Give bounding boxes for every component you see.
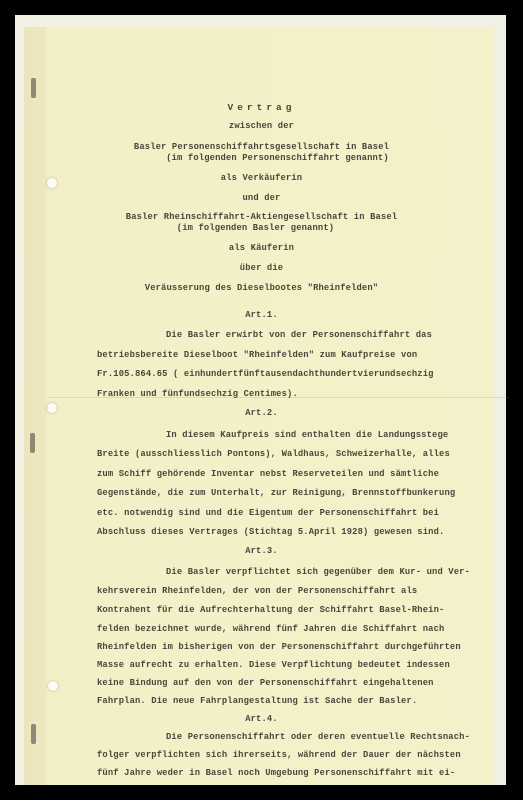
article-line: Breite (ausschliesslich Pontons), Waldha…: [97, 449, 450, 459]
article-heading: Art.2.: [0, 408, 523, 418]
heading-line: als Verkäuferin: [0, 173, 523, 183]
document-page: [24, 27, 494, 785]
article-line: Die Basler erwirbt von der Personenschif…: [166, 330, 432, 340]
article-heading: Art.3.: [0, 546, 523, 556]
heading-line: und der: [0, 193, 523, 203]
article-line: Gegenstände, die zum Unterhalt, zur Rein…: [97, 488, 455, 498]
article-line: Die Basler verpflichtet sich gegenüber d…: [166, 567, 470, 577]
punch-hole-icon: [48, 681, 58, 691]
article-heading: Art.4.: [0, 714, 523, 724]
article-line: felden bezeichnet wurde, während fünf Ja…: [97, 624, 444, 634]
article-line: betriebsbereite Dieselboot "Rheinfelden"…: [97, 350, 417, 360]
article-line: keine Bindung auf den von der Personensc…: [97, 678, 434, 688]
heading-line: Basler Personenschiffahrtsgesellschaft i…: [0, 142, 523, 152]
heading-line: (im folgenden Personenschiffahrt genannt…: [16, 153, 523, 163]
article-line: Franken und fünfundsechzig Centimes).: [97, 389, 298, 399]
article-line: Rheinfelden im bisherigen von der Person…: [97, 642, 461, 652]
article-line: fünf Jahre weder in Basel noch Umgebung …: [97, 768, 455, 778]
article-line: Die Personenschiffahrt oder deren eventu…: [166, 732, 470, 742]
article-line: Kontrahent für die Aufrechterhaltung der…: [97, 605, 444, 615]
article-line: Abschluss dieses Vertrages (Stichtag 5.A…: [97, 527, 444, 537]
staple-mark-icon: [31, 724, 36, 744]
staple-mark-icon: [30, 433, 35, 453]
article-heading: Art.1.: [0, 310, 523, 320]
article-line: Masse aufrecht zu erhalten. Diese Verpfl…: [97, 660, 450, 670]
heading-line: über die: [0, 263, 523, 273]
heading-line: als Käuferin: [0, 243, 523, 253]
heading-line: Basler Rheinschiffahrt-Aktiengesellschaf…: [0, 212, 523, 222]
staple-mark-icon: [31, 78, 36, 98]
heading-line: zwischen der: [0, 121, 523, 131]
article-line: Fahrplan. Die neue Fahrplangestaltung is…: [97, 696, 417, 706]
article-line: In diesem Kaufpreis sind enthalten die L…: [166, 430, 448, 440]
article-line: etc. notwendig sind und die Eigentum der…: [97, 508, 439, 518]
document-title: Vertrag: [0, 102, 523, 113]
heading-line: Veräusserung des Dieselbootes "Rheinfeld…: [0, 283, 523, 293]
heading-line: (im folgenden Basler genannt): [0, 223, 517, 233]
article-line: folger verpflichten sich ihrerseits, wäh…: [97, 750, 461, 760]
article-line: zum Schiff gehörende Inventar nebst Rese…: [97, 469, 439, 479]
article-line: kehrsverein Rheinfelden, der von der Per…: [97, 586, 417, 596]
article-line: Fr.105.864.65 ( einhundertfünftausendach…: [97, 369, 434, 379]
